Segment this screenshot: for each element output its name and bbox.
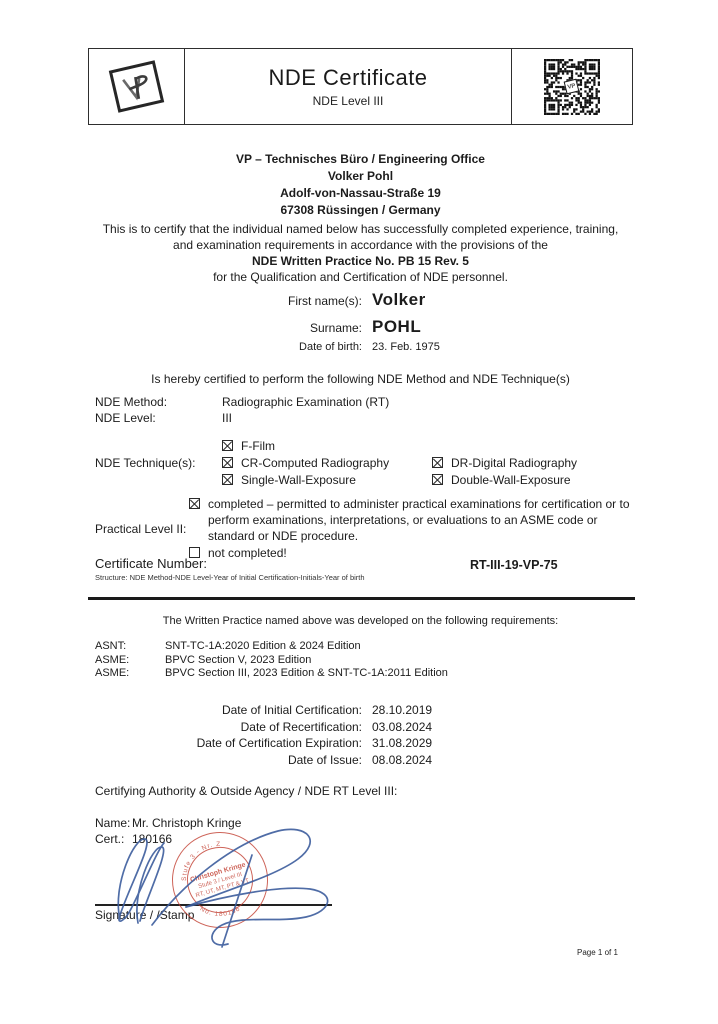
date-value: 28.10.2019 — [372, 702, 432, 719]
certificate-structure-note: Structure: NDE Method-NDE Level-Year of … — [95, 573, 633, 582]
checkbox-icon — [222, 440, 233, 451]
date-row: Date of Initial Certification: 28.10.201… — [88, 702, 633, 719]
first-name-value: Volker — [372, 290, 426, 310]
handwritten-signature — [82, 815, 354, 950]
nde-level-value: III — [222, 410, 232, 426]
date-row: Date of Issue: 08.08.2024 — [88, 752, 633, 769]
technique-label: F-Film — [241, 439, 275, 453]
vp-logo-icon — [109, 60, 164, 112]
certification-statement: This is to certify that the individual n… — [88, 221, 633, 285]
first-name-label: First name(s): — [88, 294, 362, 308]
checkbox-icon — [432, 474, 443, 485]
issuer-line: Volker Pohl — [88, 168, 633, 185]
statement-line: for the Qualification and Certification … — [88, 269, 633, 285]
written-practice-ref: NDE Written Practice No. PB 15 Rev. 5 — [88, 253, 633, 269]
requirement-org: ASNT: — [95, 640, 165, 654]
technique-cr: CR-Computed Radiography — [222, 454, 432, 471]
issuer-line: Adolf-von-Nassau-Straße 19 — [88, 185, 633, 202]
dob-label: Date of birth: — [88, 341, 362, 353]
requirements-list: ASNT: SNT-TC-1A:2020 Edition & 2024 Edit… — [95, 640, 448, 681]
date-value: 31.08.2029 — [372, 735, 432, 752]
issuer-line: 67308 Rüssingen / Germany — [88, 202, 633, 219]
requirements-intro: The Written Practice named above was dev… — [88, 615, 633, 627]
requirement-row: ASME: BPVC Section III, 2023 Edition & S… — [95, 667, 448, 681]
page-number: Page 1 of 1 — [577, 948, 618, 957]
requirement-row: ASNT: SNT-TC-1A:2020 Edition & 2024 Edit… — [95, 640, 448, 654]
requirement-text: BPVC Section III, 2023 Edition & SNT-TC-… — [165, 667, 448, 681]
vp-monogram-icon — [116, 66, 157, 107]
date-row: Date of Certification Expiration: 31.08.… — [88, 735, 633, 752]
certificate-title: NDE Certificate — [268, 65, 427, 91]
date-value: 03.08.2024 — [372, 719, 432, 736]
nde-level-label: NDE Level: — [95, 410, 222, 426]
certificate-number-section: Certificate Number: RT-III-19-VP-75 Stru… — [95, 556, 633, 582]
statement-line: This is to certify that the individual n… — [88, 221, 633, 237]
person-details: First name(s): Volker Surname: POHL Date… — [88, 290, 633, 353]
requirement-text: BPVC Section V, 2023 Edition — [165, 654, 311, 668]
logo-cell — [89, 49, 184, 124]
requirement-org: ASME: — [95, 667, 165, 681]
surname-label: Surname: — [88, 321, 362, 335]
date-label: Date of Recertification: — [88, 719, 362, 736]
checkbox-icon — [432, 457, 443, 468]
certificate-number-value: RT-III-19-VP-75 — [470, 558, 558, 572]
technique-double-wall: Double-Wall-Exposure — [432, 471, 633, 488]
surname-value: POHL — [372, 317, 421, 337]
technique-label: Double-Wall-Exposure — [451, 473, 571, 487]
nde-method-label: NDE Method: — [95, 394, 222, 410]
date-label: Date of Issue: — [88, 752, 362, 769]
date-value: 08.08.2024 — [372, 752, 432, 769]
requirement-row: ASME: BPVC Section V, 2023 Edition — [95, 654, 448, 668]
requirement-org: ASME: — [95, 654, 165, 668]
checkbox-icon — [222, 474, 233, 485]
technique-single-wall: Single-Wall-Exposure — [222, 471, 432, 488]
date-label: Date of Initial Certification: — [88, 702, 362, 719]
issuer-address: VP – Technisches Büro / Engineering Offi… — [88, 151, 633, 219]
certified-to-perform-line: Is hereby certified to perform the follo… — [88, 372, 633, 386]
techniques-section: NDE Technique(s): F-Film CR-Computed Rad… — [95, 437, 633, 488]
practical-completed: completed – permitted to administer prac… — [189, 496, 640, 544]
technique-label: Single-Wall-Exposure — [241, 473, 356, 487]
checkbox-icon — [222, 457, 233, 468]
title-cell: NDE Certificate NDE Level III — [184, 49, 511, 124]
header: NDE Certificate NDE Level III VP — [88, 48, 633, 125]
issuer-line: VP – Technisches Büro / Engineering Offi… — [88, 151, 633, 168]
techniques-label: NDE Technique(s): — [95, 456, 222, 470]
authority-heading: Certifying Authority & Outside Agency / … — [95, 784, 397, 798]
certificate-subtitle: NDE Level III — [268, 94, 427, 108]
statement-line: and examination requirements in accordan… — [88, 237, 633, 253]
nde-method-value: Radiographic Examination (RT) — [222, 394, 389, 410]
dates-section: Date of Initial Certification: 28.10.201… — [88, 702, 633, 768]
section-divider — [88, 597, 635, 600]
technique-label: CR-Computed Radiography — [241, 456, 389, 470]
qr-cell: VP — [511, 49, 632, 124]
qr-code: VP — [544, 59, 600, 115]
certificate-page: NDE Certificate NDE Level III VP VP – Te… — [0, 0, 718, 1024]
method-section: NDE Method: Radiographic Examination (RT… — [95, 394, 633, 426]
technique-label: DR-Digital Radiography — [451, 456, 577, 470]
date-label: Date of Certification Expiration: — [88, 735, 362, 752]
technique-f-film: F-Film — [222, 437, 432, 454]
checkbox-icon — [189, 498, 200, 509]
requirement-text: SNT-TC-1A:2020 Edition & 2024 Edition — [165, 640, 361, 654]
technique-dr: DR-Digital Radiography — [432, 454, 633, 471]
practical-label: Practical Level II: — [95, 522, 189, 536]
practical-completed-text: completed – permitted to administer prac… — [208, 496, 640, 544]
date-row: Date of Recertification: 03.08.2024 — [88, 719, 633, 736]
practical-section: Practical Level II: completed – permitte… — [95, 496, 640, 561]
dob-value: 23. Feb. 1975 — [372, 341, 440, 353]
